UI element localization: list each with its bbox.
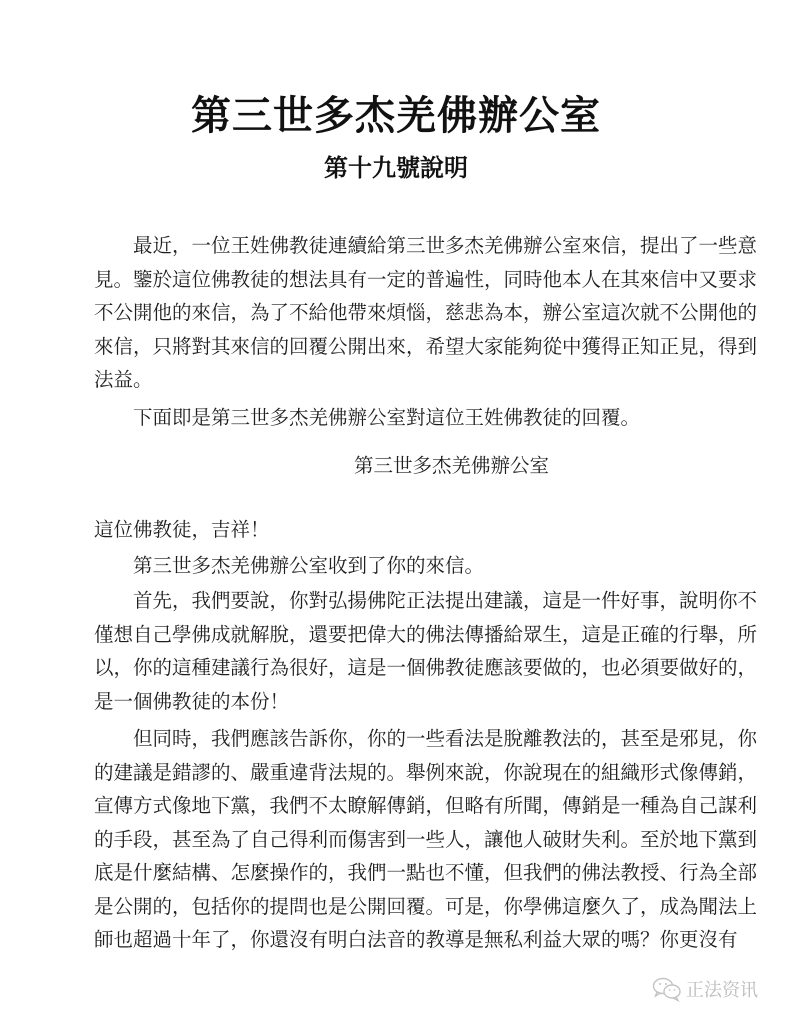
text-line: 宣傳方式像地下黨，我們不太瞭解傳銷，但略有所聞，傳銷是一種為自己謀利 [94,789,698,823]
text-line: 師也超過十年了，你還沒有明白法音的教導是無私利益大眾的嗎？你更沒有 [94,923,698,957]
text-line: 第三世多杰羌佛辦公室收到了你的來信。 [94,549,698,583]
text-line: 的建議是錯謬的、嚴重違背法規的。舉例來說，你說現在的組織形式像傳銷， [94,756,698,790]
text-line: 是一個佛教徒的本份！ [94,685,698,719]
text-line: 以，你的這種建議行為很好，這是一個佛教徒應該要做的，也必須要做好的， [94,651,698,685]
intro-paragraph-2: 下面即是第三世多杰羌佛辦公室對這位王姓佛教徒的回覆。 [94,401,698,435]
wechat-icon [652,976,682,1002]
letter-paragraph-2: 首先，我們要說，你對弘揚佛陀正法提出建議，這是一件好事，說明你不 僅想自己學佛成… [94,584,698,718]
text-line: 但同時，我們應該告訴你，你的一些看法是脫離教法的，甚至是邪見，你 [94,722,698,756]
letter-paragraph-3: 但同時，我們應該告訴你，你的一些看法是脫離教法的，甚至是邪見，你 的建議是錯謬的… [94,722,698,957]
page-subtitle: 第十九號說明 [0,153,792,183]
watermark: 正法资讯 [652,976,758,1002]
intro-section: 最近，一位王姓佛教徒連續給第三世多杰羌佛辦公室來信，提出了一些意 見。鑒於這位佛… [94,229,698,434]
page-title: 第三世多杰羌佛辦公室 [0,92,792,140]
letter-section: 這位佛教徒，吉祥！ 第三世多杰羌佛辦公室收到了你的來信。 首先，我們要說，你對弘… [94,513,698,957]
text-line: 首先，我們要說，你對弘揚佛陀正法提出建議，這是一件好事，說明你不 [94,584,698,618]
signature: 第三世多杰羌佛辦公室 [354,449,549,482]
text-line: 見。鑒於這位佛教徒的想法具有一定的普遍性，同時他本人在其來信中又要求 [94,263,698,297]
text-line: 是公開的，包括你的提問也是公開回覆。可是，你學佛這麼久了，成為聞法上 [94,890,698,924]
text-line: 下面即是第三世多杰羌佛辦公室對這位王姓佛教徒的回覆。 [94,401,698,435]
letter-paragraph-1: 第三世多杰羌佛辦公室收到了你的來信。 [94,549,698,583]
text-line: 這位佛教徒，吉祥！ [94,513,698,547]
watermark-label: 正法资讯 [686,976,758,1002]
text-line: 不公開他的來信，為了不給他帶來煩惱，慈悲為本，辦公室這次就不公開他的 [94,296,698,330]
text-line: 最近，一位王姓佛教徒連續給第三世多杰羌佛辦公室來信，提出了一些意 [94,229,698,263]
text-line: 法益。 [94,363,698,397]
document-page: 第三世多杰羌佛辦公室 第十九號說明 最近，一位王姓佛教徒連續給第三世多杰羌佛辦公… [0,0,792,1024]
text-line: 底是什麼結構、怎麼操作的，我們一點也不懂，但我們的佛法教授、行為全部 [94,856,698,890]
salutation: 這位佛教徒，吉祥！ [94,513,698,547]
intro-paragraph-1: 最近，一位王姓佛教徒連續給第三世多杰羌佛辦公室來信，提出了一些意 見。鑒於這位佛… [94,229,698,397]
text-line: 僅想自己學佛成就解脫，還要把偉大的佛法傳播給眾生，這是正確的行舉，所 [94,618,698,652]
text-line: 的手段，甚至為了自己得利而傷害到一些人，讓他人破財失利。至於地下黨到 [94,823,698,857]
text-line: 來信，只將對其來信的回覆公開出來，希望大家能夠從中獲得正知正見，得到 [94,330,698,364]
